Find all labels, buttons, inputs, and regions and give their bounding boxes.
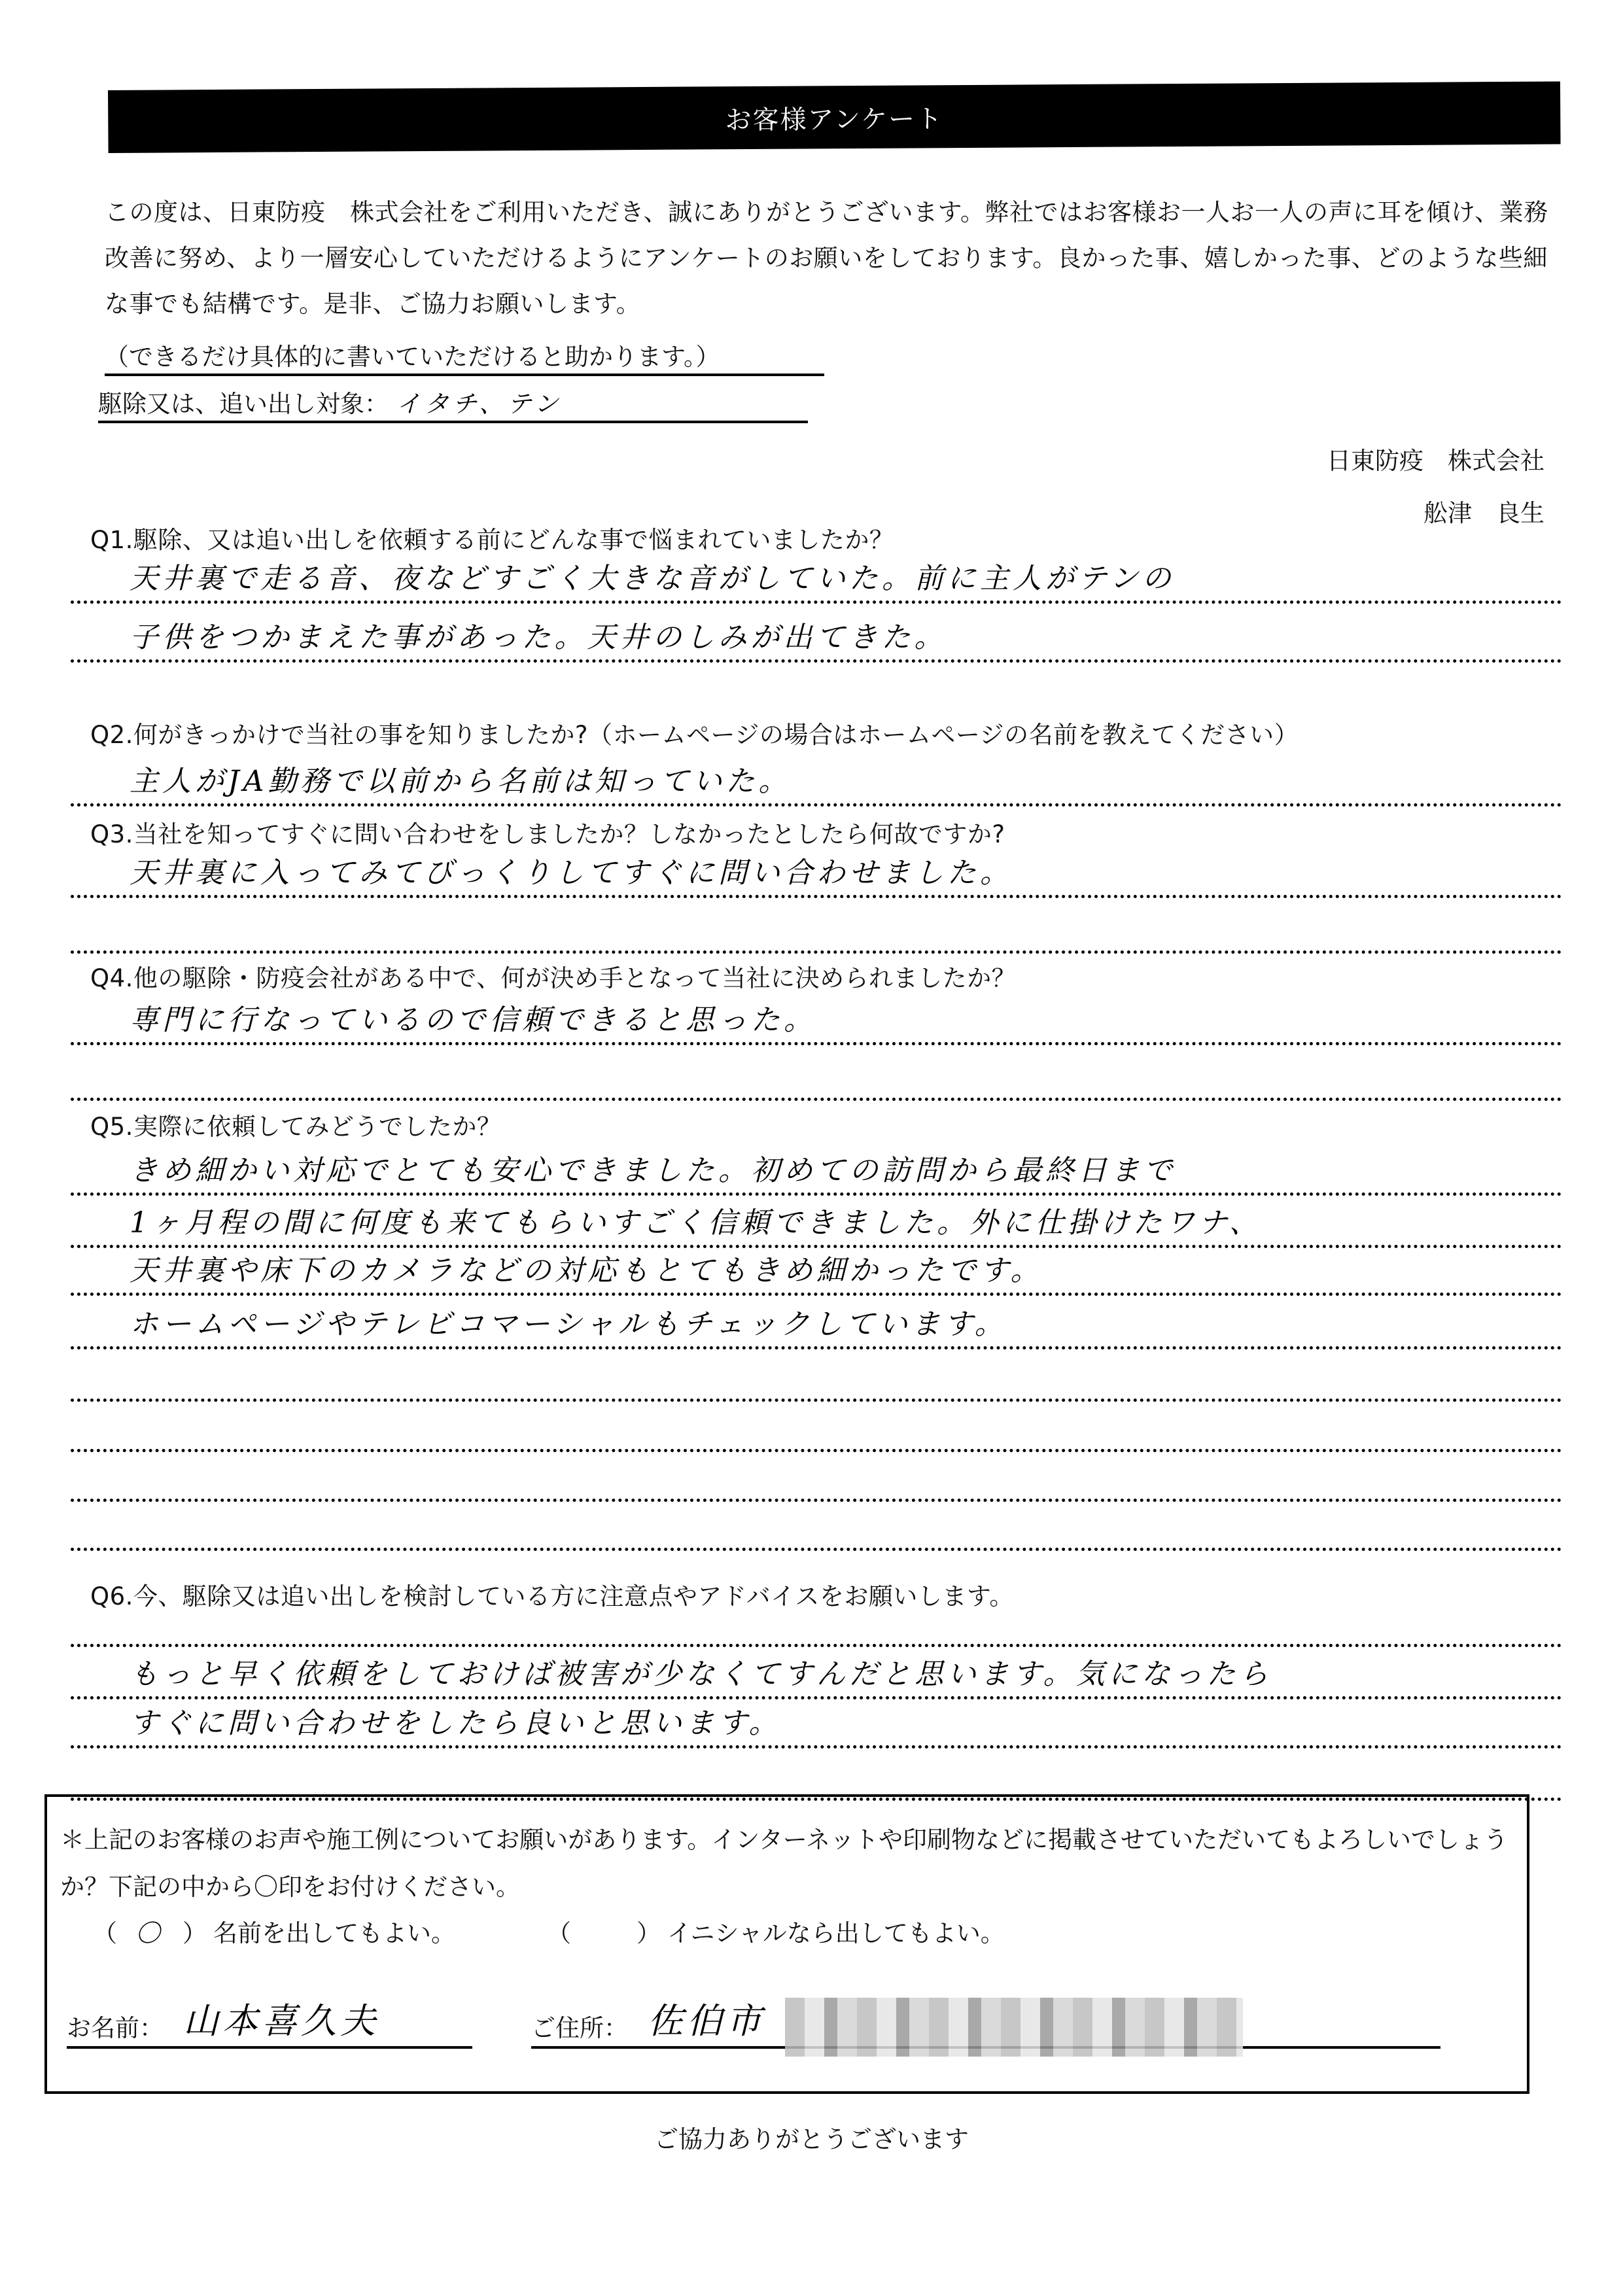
answer-text: 主人がJA勤務で以前から名前は知っていた。 (130, 757, 791, 799)
target-label: 駆除又は、追い出し対象： (98, 384, 389, 419)
answer-line: 子供をつかまえた事があった。天井のしみが出てきた。 (71, 621, 1562, 663)
answer-line: ホームページやテレビコマーシャルもチェックしています。 (71, 1308, 1562, 1349)
answer-text: 子供をつかまえた事があった。天井のしみが出てきた。 (130, 614, 947, 655)
answer-text: 天井裏に入ってみてびっくりしてすぐに問い合わせました。 (130, 849, 1013, 891)
question-2: Q2.何がきっかけで当社の事を知りましたか?（ホームページの場合はホームページの… (90, 715, 1299, 750)
answer-text: 1ヶ月程の間に何度も来てもらいすごく信頼できました。外に仕掛けたワナ、 (130, 1199, 1262, 1241)
option-label: イニシャルなら出してもよい。 (667, 1913, 1005, 1949)
survey-page: お客様アンケート この度は、日東防疫 株式会社をご利用いただき、誠にありがとうご… (0, 0, 1623, 2296)
paren-close: ） (183, 1913, 207, 1949)
answer-line: 天井裏で走る音、夜などすごく大きな音がしていた。前に主人がテンの (71, 563, 1562, 604)
intro-paragraph: この度は、日東防疫 株式会社をご利用いただき、誠にありがとうございます。弊社では… (105, 190, 1570, 327)
answer-line: 1ヶ月程の間に何度も来てもらいすごく信頼できました。外に仕掛けたワナ、 (71, 1207, 1562, 1248)
answer-text: きめ細かい対応でとても安心できました。初めての訪問から最終日まで (130, 1147, 1176, 1189)
paren-close: ） (637, 1913, 661, 1949)
name-label: お名前： (67, 2008, 164, 2044)
answer-line (71, 1361, 1562, 1402)
answer-line (71, 1060, 1562, 1101)
address-field: ご住所： 佐伯市 (531, 1993, 1440, 2049)
answer-text: 天井裏や床下のカメラなどの対応もとてもきめ細かったです。 (130, 1247, 1043, 1289)
answer-line: 主人がJA勤務で以前から名前は知っていた。 (71, 765, 1562, 807)
intro-note: （できるだけ具体的に書いていただけると助かります。） (105, 337, 824, 376)
answer-text: 天井裏で走る音、夜などすごく大きな音がしていた。前に主人がテンの (130, 555, 1175, 597)
question-3: Q3.当社を知ってすぐに問い合わせをしましたか？しなかったとしたら何故ですか? (90, 814, 1005, 850)
answer-line: もっと早く依頼をしておけば被害が少なくてすんだと思います。気になったら (71, 1658, 1562, 1699)
answer-line: すぐに問い合わせをしたら良いと思います。 (71, 1707, 1562, 1748)
answer-line: 専門に行なっているので信頼できると思った。 (71, 1004, 1562, 1045)
question-5: Q5.実際に依頼してみどうでしたか？ (90, 1107, 501, 1142)
option-full-name[interactable]: （ 〇 ） 名前を出してもよい。 (93, 1913, 455, 1949)
consent-box: ＊上記のお客様のお声や施工例についてお願いがあります。インターネットや印刷物など… (44, 1794, 1529, 2094)
company-person: 舩津 良生 (1327, 487, 1544, 540)
option-initials[interactable]: （ ） イニシャルなら出してもよい。 (547, 1913, 1005, 1949)
option-label: 名前を出してもよい。 (213, 1913, 455, 1949)
signature-row: お名前： 山本喜久夫 ご住所： 佐伯市 (67, 1993, 1440, 2049)
answer-line (71, 913, 1562, 954)
answer-line: きめ細かい対応でとても安心できました。初めての訪問から最終日まで (71, 1155, 1562, 1196)
redacted-address-block (785, 1998, 1243, 2057)
answer-line: 天井裏や床下のカメラなどの対応もとてもきめ細かったです。 (71, 1255, 1562, 1296)
answer-line (71, 1606, 1562, 1647)
answer-line (71, 1461, 1562, 1502)
answer-text: ホームページやテレビコマーシャルもチェックしています。 (130, 1300, 1007, 1342)
answer-text: すぐに問い合わせをしたら良いと思います。 (130, 1699, 781, 1741)
company-name: 日東防疫 株式会社 (1327, 435, 1544, 487)
answer-line (71, 1411, 1562, 1452)
consent-options: （ 〇 ） 名前を出してもよい。 （ ） イニシャルなら出してもよい。 (93, 1913, 1005, 1949)
page-title: お客様アンケート (725, 98, 943, 137)
answer-text: もっと早く依頼をしておけば被害が少なくてすんだと思います。気になったら (130, 1650, 1272, 1692)
header-bar: お客様アンケート (108, 81, 1561, 153)
question-4: Q4.他の駆除・防疫会社がある中で、何が決め手となって当社に決められましたか？ (90, 958, 1016, 994)
answer-text: 専門に行なっているので信頼できると思った。 (130, 996, 816, 1038)
answer-line: 天井裏に入ってみてびっくりしてすぐに問い合わせました。 (71, 857, 1562, 898)
paren-open: （ (93, 1913, 117, 1949)
name-field: お名前： 山本喜久夫 (67, 1993, 472, 2049)
paren-open: （ (547, 1913, 571, 1949)
target-field: 駆除又は、追い出し対象： イタチ、テン (98, 384, 808, 423)
name-value: 山本喜久夫 (183, 1993, 379, 2044)
question-1: Q1.駆除、又は追い出しを依頼する前にどんな事で悩まれていましたか？ (90, 520, 894, 555)
selected-mark: 〇 (124, 1913, 176, 1949)
footer-thanks: ご協力ありがとうございます (0, 2119, 1623, 2155)
company-block: 日東防疫 株式会社 舩津 良生 (1327, 435, 1544, 540)
address-value: 佐伯市 (648, 1993, 765, 2044)
consent-text: ＊上記のお客様のお声や施工例についてお願いがあります。インターネットや印刷物など… (60, 1817, 1512, 1911)
answer-line (71, 1510, 1562, 1551)
target-value: イタチ、テン (396, 384, 563, 419)
address-label: ご住所： (531, 2008, 628, 2044)
